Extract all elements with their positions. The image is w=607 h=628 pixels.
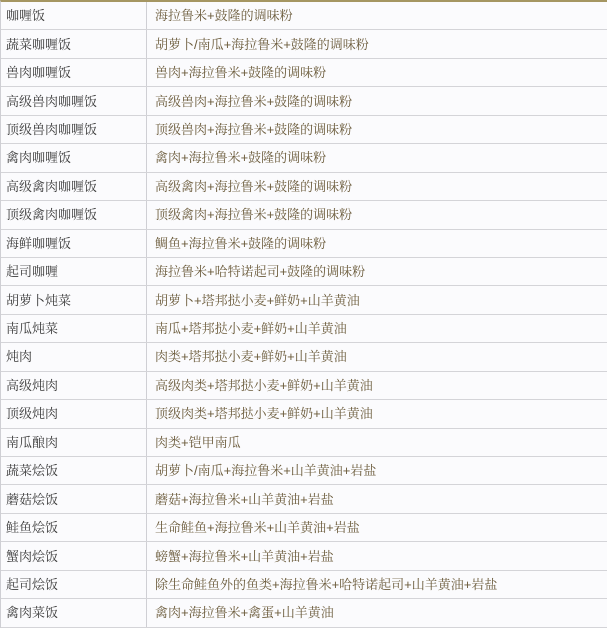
dish-name-cell: 炖肉 — [1, 343, 146, 370]
dish-name-cell: 起司烩饭 — [1, 571, 146, 598]
table-row: 高级禽肉咖喱饭 高级禽肉+海拉鲁米+鼓隆的调味粉 — [1, 173, 607, 201]
ingredients-cell: 兽肉+海拉鲁米+鼓隆的调味粉 — [146, 59, 607, 86]
dish-name-cell: 南瓜炖菜 — [1, 315, 146, 342]
table-row: 海鲜咖喱饭 鲷鱼+海拉鲁米+鼓隆的调味粉 — [1, 230, 607, 258]
dish-name-cell: 海鲜咖喱饭 — [1, 230, 146, 257]
ingredients-cell: 海拉鲁米+哈特诺起司+鼓隆的调味粉 — [146, 258, 607, 285]
table-row: 顶级兽肉咖喱饭 顶级兽肉+海拉鲁米+鼓隆的调味粉 — [1, 116, 607, 144]
table-row: 起司咖喱 海拉鲁米+哈特诺起司+鼓隆的调味粉 — [1, 258, 607, 286]
ingredients-cell: 生命鲑鱼+海拉鲁米+山羊黄油+岩盐 — [146, 514, 607, 541]
dish-name-cell: 蔬菜烩饭 — [1, 457, 146, 484]
dish-name-cell: 咖喱饭 — [1, 2, 146, 29]
ingredients-cell: 顶级禽肉+海拉鲁米+鼓隆的调味粉 — [146, 201, 607, 228]
table-row: 顶级禽肉咖喱饭 顶级禽肉+海拉鲁米+鼓隆的调味粉 — [1, 201, 607, 229]
dish-name-cell: 禽肉菜饭 — [1, 599, 146, 626]
table-row: 兽肉咖喱饭 兽肉+海拉鲁米+鼓隆的调味粉 — [1, 59, 607, 87]
ingredients-cell: 禽肉+海拉鲁米+鼓隆的调味粉 — [146, 144, 607, 171]
table-row: 顶级炖肉 顶级肉类+塔邦挞小麦+鲜奶+山羊黄油 — [1, 400, 607, 428]
ingredients-cell: 肉类+塔邦挞小麦+鲜奶+山羊黄油 — [146, 343, 607, 370]
dish-name-cell: 高级禽肉咖喱饭 — [1, 173, 146, 200]
dish-name-cell: 顶级禽肉咖喱饭 — [1, 201, 146, 228]
ingredients-cell: 蘑菇+海拉鲁米+山羊黄油+岩盐 — [146, 485, 607, 512]
dish-name-cell: 鲑鱼烩饭 — [1, 514, 146, 541]
dish-name-cell: 高级炖肉 — [1, 372, 146, 399]
table-row: 蔬菜烩饭 胡萝卜/南瓜+海拉鲁米+山羊黄油+岩盐 — [1, 457, 607, 485]
ingredients-cell: 顶级肉类+塔邦挞小麦+鲜奶+山羊黄油 — [146, 400, 607, 427]
recipe-table: 咖喱饭 海拉鲁米+鼓隆的调味粉 蔬菜咖喱饭 胡萝卜/南瓜+海拉鲁米+鼓隆的调味粉… — [0, 0, 607, 628]
ingredients-cell: 胡萝卜+塔邦挞小麦+鲜奶+山羊黄油 — [146, 286, 607, 313]
ingredients-cell: 高级禽肉+海拉鲁米+鼓隆的调味粉 — [146, 173, 607, 200]
table-row: 南瓜酿肉 肉类+铠甲南瓜 — [1, 429, 607, 457]
dish-name-cell: 蘑菇烩饭 — [1, 485, 146, 512]
dish-name-cell: 蟹肉烩饭 — [1, 542, 146, 569]
ingredients-cell: 胡萝卜/南瓜+海拉鲁米+山羊黄油+岩盐 — [146, 457, 607, 484]
table-row: 蟹肉烩饭 螃蟹+海拉鲁米+山羊黄油+岩盐 — [1, 542, 607, 570]
dish-name-cell: 顶级炖肉 — [1, 400, 146, 427]
table-row: 炖肉 肉类+塔邦挞小麦+鲜奶+山羊黄油 — [1, 343, 607, 371]
table-row: 南瓜炖菜 南瓜+塔邦挞小麦+鲜奶+山羊黄油 — [1, 315, 607, 343]
ingredients-cell: 高级兽肉+海拉鲁米+鼓隆的调味粉 — [146, 87, 607, 114]
dish-name-cell: 南瓜酿肉 — [1, 429, 146, 456]
ingredients-cell: 肉类+铠甲南瓜 — [146, 429, 607, 456]
dish-name-cell: 顶级兽肉咖喱饭 — [1, 116, 146, 143]
ingredients-cell: 禽肉+海拉鲁米+禽蛋+山羊黄油 — [146, 599, 607, 626]
table-row: 高级兽肉咖喱饭 高级兽肉+海拉鲁米+鼓隆的调味粉 — [1, 87, 607, 115]
ingredients-cell: 除生命鲑鱼外的鱼类+海拉鲁米+哈特诺起司+山羊黄油+岩盐 — [146, 571, 607, 598]
table-row: 胡萝卜炖菜 胡萝卜+塔邦挞小麦+鲜奶+山羊黄油 — [1, 286, 607, 314]
dish-name-cell: 起司咖喱 — [1, 258, 146, 285]
table-row: 咖喱饭 海拉鲁米+鼓隆的调味粉 — [1, 2, 607, 30]
dish-name-cell: 蔬菜咖喱饭 — [1, 30, 146, 57]
ingredients-cell: 螃蟹+海拉鲁米+山羊黄油+岩盐 — [146, 542, 607, 569]
dish-name-cell: 高级兽肉咖喱饭 — [1, 87, 146, 114]
table-row: 蘑菇烩饭 蘑菇+海拉鲁米+山羊黄油+岩盐 — [1, 485, 607, 513]
table-row: 蔬菜咖喱饭 胡萝卜/南瓜+海拉鲁米+鼓隆的调味粉 — [1, 30, 607, 58]
table-row: 起司烩饭 除生命鲑鱼外的鱼类+海拉鲁米+哈特诺起司+山羊黄油+岩盐 — [1, 571, 607, 599]
ingredients-cell: 胡萝卜/南瓜+海拉鲁米+鼓隆的调味粉 — [146, 30, 607, 57]
table-row: 禽肉菜饭 禽肉+海拉鲁米+禽蛋+山羊黄油 — [1, 599, 607, 627]
dish-name-cell: 胡萝卜炖菜 — [1, 286, 146, 313]
dish-name-cell: 禽肉咖喱饭 — [1, 144, 146, 171]
ingredients-cell: 高级肉类+塔邦挞小麦+鲜奶+山羊黄油 — [146, 372, 607, 399]
ingredients-cell: 顶级兽肉+海拉鲁米+鼓隆的调味粉 — [146, 116, 607, 143]
table-row: 禽肉咖喱饭 禽肉+海拉鲁米+鼓隆的调味粉 — [1, 144, 607, 172]
table-row: 高级炖肉 高级肉类+塔邦挞小麦+鲜奶+山羊黄油 — [1, 372, 607, 400]
ingredients-cell: 海拉鲁米+鼓隆的调味粉 — [146, 2, 607, 29]
ingredients-cell: 南瓜+塔邦挞小麦+鲜奶+山羊黄油 — [146, 315, 607, 342]
dish-name-cell: 兽肉咖喱饭 — [1, 59, 146, 86]
table-row: 鲑鱼烩饭 生命鲑鱼+海拉鲁米+山羊黄油+岩盐 — [1, 514, 607, 542]
ingredients-cell: 鲷鱼+海拉鲁米+鼓隆的调味粉 — [146, 230, 607, 257]
